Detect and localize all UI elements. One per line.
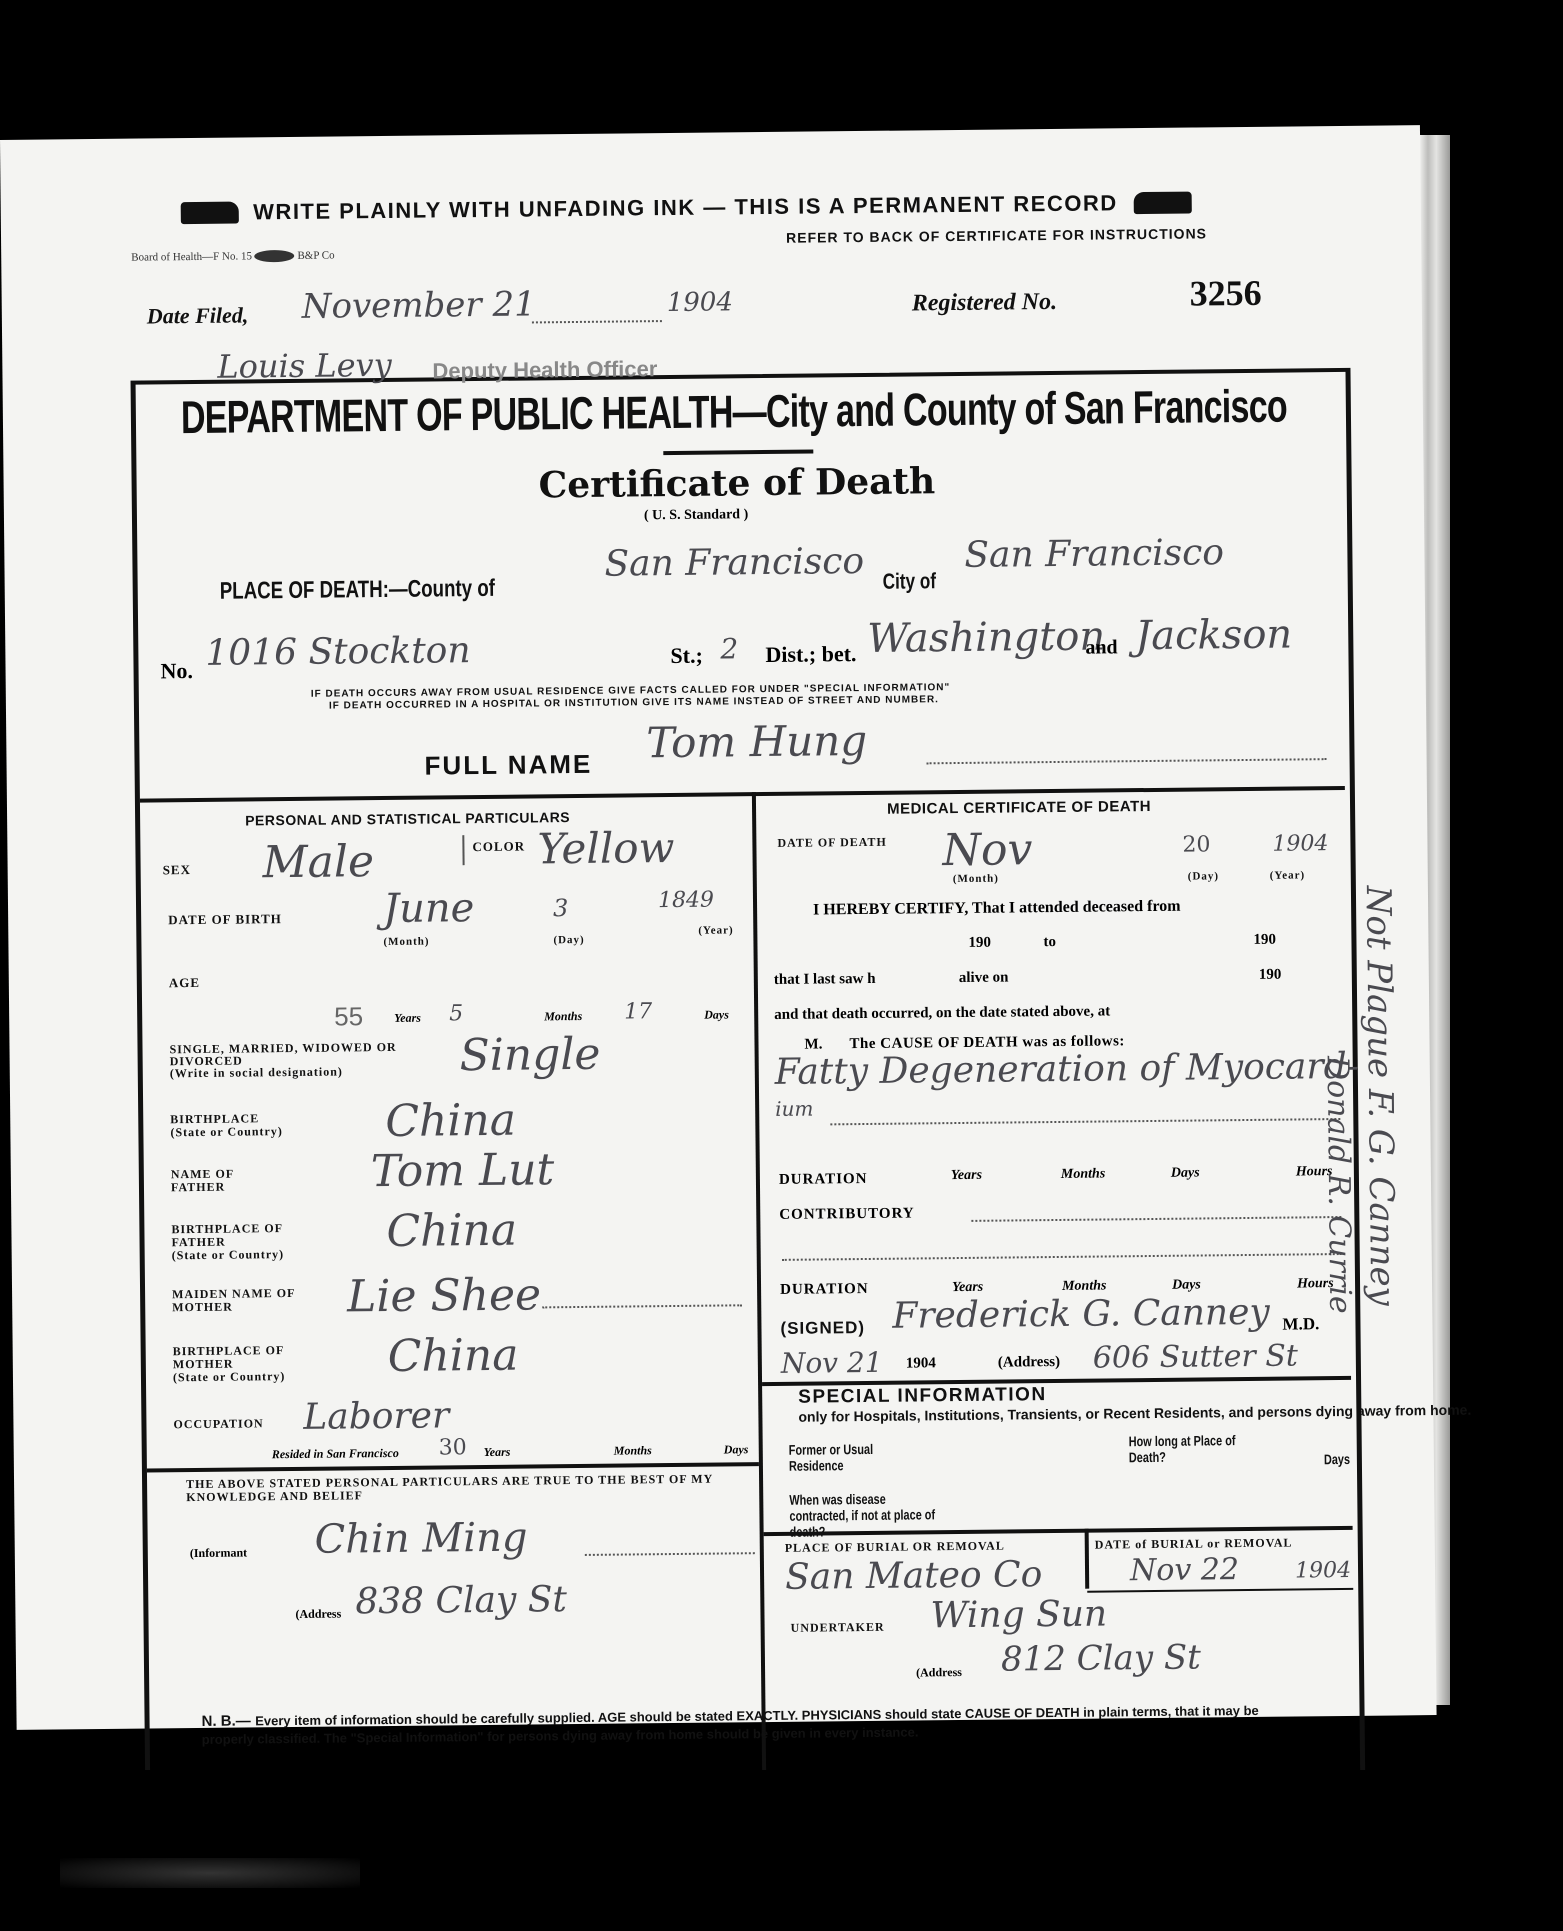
father-birthplace-value: China <box>386 1205 517 1257</box>
age-years-caption: Years <box>394 1011 421 1026</box>
deputy-title: Deputy Health Officer <box>432 356 657 384</box>
city-label: City of <box>883 568 937 595</box>
pointing-hand-icon <box>181 202 239 225</box>
resided-years: 30 <box>439 1435 467 1460</box>
printer-text: B&P Co <box>297 250 334 262</box>
duration-months: Months <box>1061 1166 1106 1182</box>
dod-day: 20 <box>1182 832 1210 857</box>
signed-year: 1904 <box>906 1355 936 1372</box>
dod-day-caption: (Day) <box>1188 870 1219 883</box>
informant-address: 838 Clay St <box>355 1579 567 1622</box>
age-years: 55 <box>334 1001 363 1032</box>
age-months: 5 <box>449 1001 463 1026</box>
dob-month-caption: (Month) <box>383 936 429 949</box>
age-label: AGE <box>169 976 200 989</box>
between-street-2: Jackson <box>1135 611 1292 659</box>
duration-2-years: Years <box>952 1280 983 1296</box>
duration-2-days: Days <box>1172 1277 1201 1293</box>
dod-year-caption: (Year) <box>1270 869 1305 882</box>
duration-days: Days <box>1171 1165 1200 1181</box>
dod-month-caption: (Month) <box>953 873 999 886</box>
burial-place-label: PLACE OF BURIAL OR REMOVAL <box>785 1540 1005 1555</box>
md-label: M.D. <box>1282 1314 1319 1334</box>
father-birthplace-label: BIRTHPLACE OF FATHER (State or Country) <box>171 1222 311 1262</box>
place-of-death-label: PLACE OF DEATH:—County of <box>220 575 496 606</box>
color-value: Yellow <box>537 823 675 873</box>
burial-divider <box>1085 1529 1090 1589</box>
sex-label: SEX <box>163 863 191 876</box>
resided-months-caption: Months <box>614 1443 652 1458</box>
burial-place: San Mateo Co <box>785 1554 1043 1598</box>
union-label-icon <box>255 250 295 262</box>
marital-label-text: SINGLE, MARRIED, WIDOWED OR DIVORCED <box>169 1041 409 1068</box>
age-months-caption: Months <box>544 1009 582 1024</box>
registered-no-label: Registered No. <box>912 289 1058 318</box>
certify-to-year: 190 <box>1253 932 1276 949</box>
duration-2-months: Months <box>1062 1278 1107 1294</box>
date-filed-label: Date Filed, <box>147 302 249 329</box>
father-birthplace-label-text: BIRTHPLACE OF FATHER <box>171 1222 311 1249</box>
undertaker-address: 812 Clay St <box>1001 1638 1201 1680</box>
occupation-value: Laborer <box>303 1395 449 1438</box>
full-name-value: Tom Hung <box>646 716 867 767</box>
mother-birthplace-label-text: BIRTHPLACE OF MOTHER <box>173 1344 313 1371</box>
certify-from-year: 190 <box>968 935 991 952</box>
duration-2-label: DURATION <box>780 1281 869 1299</box>
last-saw-text: that I last saw h <box>774 971 876 989</box>
special-heading: SPECIAL INFORMATION <box>798 1384 1047 1408</box>
contributory-label: CONTRIBUTORY <box>779 1205 915 1223</box>
color-label: COLOR <box>472 840 525 854</box>
age-days: 17 <box>624 999 652 1024</box>
pointing-hand-icon <box>1134 192 1192 215</box>
informant-label: (Informant <box>190 1545 247 1561</box>
ward-value: 2 <box>720 632 738 665</box>
marital-label: SINGLE, MARRIED, WIDOWED OR DIVORCED (Wr… <box>169 1041 409 1080</box>
nb-label: N. B.— <box>201 1712 250 1730</box>
physician-address-label: (Address) <box>998 1354 1060 1372</box>
father-birthplace-caption: (State or Country) <box>172 1248 312 1262</box>
alive-year: 190 <box>1259 967 1282 984</box>
us-standard: ( U. S. Standard ) <box>644 507 748 524</box>
certify-to: to <box>1043 934 1056 951</box>
form-number: Board of Health—F No. 15 B&P Co <box>131 250 335 265</box>
resided-label: Resided in San Francisco <box>272 1446 399 1462</box>
occupation-label: OCCUPATION <box>173 1417 263 1431</box>
birthplace-label: BIRTHPLACE (State or Country) <box>170 1112 283 1139</box>
age-days-caption: Days <box>704 1007 729 1022</box>
date-filed-year: 1904 <box>667 287 733 318</box>
undertaker: Wing Sun <box>930 1593 1107 1636</box>
duration-years: Years <box>951 1168 982 1184</box>
dob-label: DATE OF BIRTH <box>168 912 282 926</box>
duration-label: DURATION <box>779 1171 868 1189</box>
alive-on-text: alive on <box>959 969 1009 987</box>
how-long-label: How long at Place of Death? <box>1129 1432 1239 1465</box>
dod-month: Nov <box>942 824 1032 876</box>
street-no-label: No. <box>160 658 193 684</box>
st-label: St.; <box>670 643 703 669</box>
special-heading-block: SPECIAL INFORMATION only for Hospitals, … <box>798 1381 1348 1427</box>
dob-day-caption: (Day) <box>553 934 584 947</box>
mother-birthplace-caption: (State or Country) <box>173 1370 313 1384</box>
personal-heading: PERSONAL AND STATISTICAL PARTICULARS <box>245 809 570 828</box>
certificate-title: Certificate of Death <box>538 460 935 506</box>
mother-birthplace-label: BIRTHPLACE OF MOTHER (State or Country) <box>173 1344 313 1384</box>
dob-month: June <box>383 885 475 932</box>
birthplace-caption: (State or Country) <box>170 1125 283 1139</box>
resided-years-caption: Years <box>484 1445 511 1460</box>
registered-no: 3256 <box>1189 272 1261 315</box>
dist-label: Dist.; bet. <box>765 641 856 668</box>
burial-date-label: DATE of BURIAL or REMOVAL <box>1095 1537 1293 1552</box>
form-number-text: Board of Health—F No. 15 <box>131 250 252 263</box>
mother-label: MAIDEN NAME OF MOTHER <box>172 1287 312 1314</box>
deputy-signature: Louis Levy <box>217 346 392 386</box>
father-value: Tom Lut <box>371 1144 555 1197</box>
cause-line-1: Fatty Degeneration of Myocard- <box>775 1046 1359 1093</box>
marital-value: Single <box>459 1029 600 1081</box>
occurred-text: and that death occurred, on the date sta… <box>774 1003 1110 1024</box>
medical-heading: MEDICAL CERTIFICATE OF DEATH <box>887 798 1151 818</box>
mother-value: Lie Shee <box>347 1269 541 1322</box>
dod-year: 1904 <box>1272 831 1328 857</box>
dob-year-caption: (Year) <box>698 924 733 937</box>
undertaker-label: UNDERTAKER <box>791 1621 885 1635</box>
resided-days-caption: Days <box>724 1442 749 1457</box>
refer-instructions: REFER TO BACK OF CERTIFICATE FOR INSTRUC… <box>786 225 1207 245</box>
between-street-1: Washington <box>867 613 1105 661</box>
informant-address-label: (Address <box>295 1607 341 1622</box>
informant-value: Chin Ming <box>314 1515 527 1563</box>
mother-birthplace-value: China <box>387 1330 518 1382</box>
signed-label: (SIGNED) <box>780 1318 865 1339</box>
dob-day: 3 <box>553 894 569 922</box>
place-of-death-row: PLACE OF DEATH:—County of <box>220 574 573 606</box>
banner-text: WRITE PLAINLY WITH UNFADING INK — THIS I… <box>253 190 1118 224</box>
margin-note-2: Donald R. Currie <box>1320 1056 1358 1314</box>
date-filed-value: November 21 <box>302 284 536 326</box>
banner: WRITE PLAINLY WITH UNFADING INK — THIS I… <box>181 190 1193 227</box>
scan-background <box>0 1770 1563 1931</box>
burial-year: 1904 <box>1295 1558 1351 1584</box>
marital-note: (Write in social designation) <box>170 1065 410 1080</box>
undertaker-address-label: (Address <box>916 1665 962 1680</box>
and-label: and <box>1085 636 1117 659</box>
cause-line-2: ium <box>775 1097 813 1121</box>
date-filed-line <box>532 318 662 323</box>
father-label: NAME OF FATHER <box>171 1167 251 1194</box>
county-value: San Francisco <box>604 541 864 585</box>
birthplace-value: China <box>385 1095 516 1147</box>
dob-year: 1849 <box>658 888 714 914</box>
street-address: 1016 Stockton <box>205 630 471 674</box>
sex-color-divider <box>462 835 464 865</box>
dod-label: DATE OF DEATH <box>777 836 887 850</box>
scan-smudge <box>60 1858 360 1888</box>
margin-note-1: Not Plague F. G. Canney <box>1358 885 1402 1306</box>
city-value: San Francisco <box>964 532 1224 576</box>
former-residence-label: Former or Usual Residence <box>789 1441 899 1474</box>
burial-date: Nov 22 <box>1130 1552 1239 1588</box>
certify-text: I HEREBY CERTIFY, That I attended deceas… <box>813 898 1181 920</box>
physician-address: 606 Sutter St <box>1093 1338 1298 1375</box>
how-long-days: Days <box>1324 1451 1350 1467</box>
full-name-label: FULL NAME <box>424 749 592 782</box>
death-certificate-page: WRITE PLAINLY WITH UNFADING INK — THIS I… <box>0 125 1437 1730</box>
signed-date: Nov 21 <box>781 1346 883 1380</box>
sex-value: Male <box>262 836 374 888</box>
physician-signature: Frederick G. Canney <box>892 1292 1270 1337</box>
